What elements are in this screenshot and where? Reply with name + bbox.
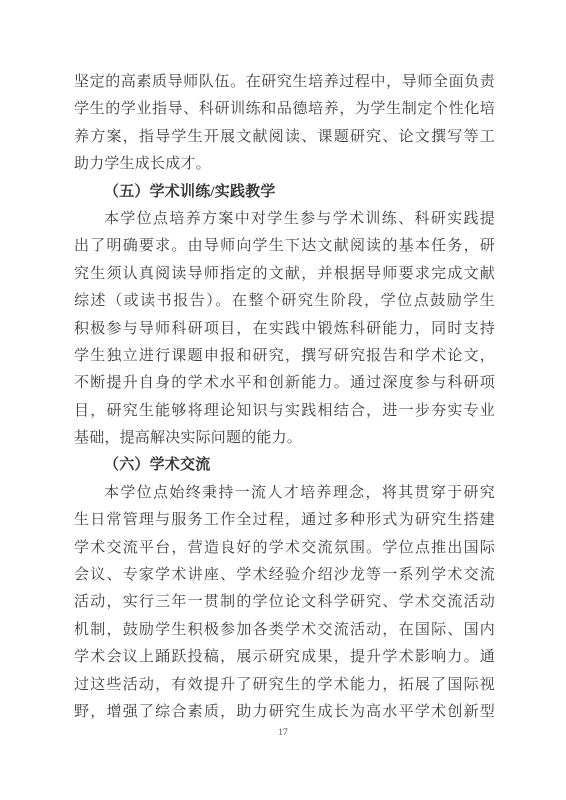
text-line: 助力学生成长成才。 (74, 151, 495, 178)
text-line: 学术交流平台，营造良好的学术交流氛围。学位点推出国际 (74, 535, 495, 562)
page-number: 17 (0, 727, 566, 739)
text-line: 生日常管理与服务工作全过程，通过多种形式为研究生搭建 (74, 507, 495, 534)
text-line: 目，研究生能够将理论知识与实践相结合，进一步夯实专业 (74, 398, 495, 425)
text-line: 不断提升自身的学术水平和创新能力。通过深度参与科研项 (74, 370, 495, 397)
text-line: 机制，鼓励学生积极参加各类学术交流活动，在国际、国内 (74, 617, 495, 644)
text-line: 坚定的高素质导师队伍。在研究生培养过程中，导师全面负责 (74, 69, 495, 96)
section-heading: （六）学术交流 (74, 452, 495, 479)
text-line: 会议、专家学术讲座、学术经验介绍沙龙等一系列学术交流 (74, 562, 495, 589)
text-line: 出了明确要求。由导师向学生下达文献阅读的基本任务，研 (74, 233, 495, 260)
text-line: 基础，提高解决实际问题的能力。 (74, 425, 495, 452)
text-line: 本学位点始终秉持一流人才培养理念，将其贯穿于研究 (74, 480, 495, 507)
text-line: 学生的学业指导、科研训练和品德培养，为学生制定个性化培 (74, 96, 495, 123)
section-heading: （五）学术训练/实践教学 (74, 179, 495, 206)
document-page: 坚定的高素质导师队伍。在研究生培养过程中，导师全面负责学生的学业指导、科研训练和… (0, 0, 566, 800)
text-line: 活动，实行三年一贯制的学位论文科学研究、学术交流活动 (74, 589, 495, 616)
text-block: 坚定的高素质导师队伍。在研究生培养过程中，导师全面负责学生的学业指导、科研训练和… (74, 69, 495, 726)
text-line: 积极参与导师科研项目，在实践中锻炼科研能力，同时支持 (74, 316, 495, 343)
text-line: 究生须认真阅读导师指定的文献，并根据导师要求完成文献 (74, 261, 495, 288)
text-line: 过这些活动，有效提升了研究生的学术能力，拓展了国际视 (74, 672, 495, 699)
text-line: 本学位点培养方案中对学生参与学术训练、科研实践提 (74, 206, 495, 233)
text-line: 野，增强了综合素质，助力研究生成长为高水平学术创新型 (74, 699, 495, 726)
text-line: 养方案，指导学生开展文献阅读、课题研究、论文撰写等工作， (74, 124, 495, 151)
text-line: 学生独立进行课题申报和研究，撰写研究报告和学术论文， (74, 343, 495, 370)
text-line: 学术会议上踊跃投稿，展示研究成果，提升学术影响力。通 (74, 644, 495, 671)
text-line: 综述（或读书报告）。在整个研究生阶段，学位点鼓励学生 (74, 288, 495, 315)
